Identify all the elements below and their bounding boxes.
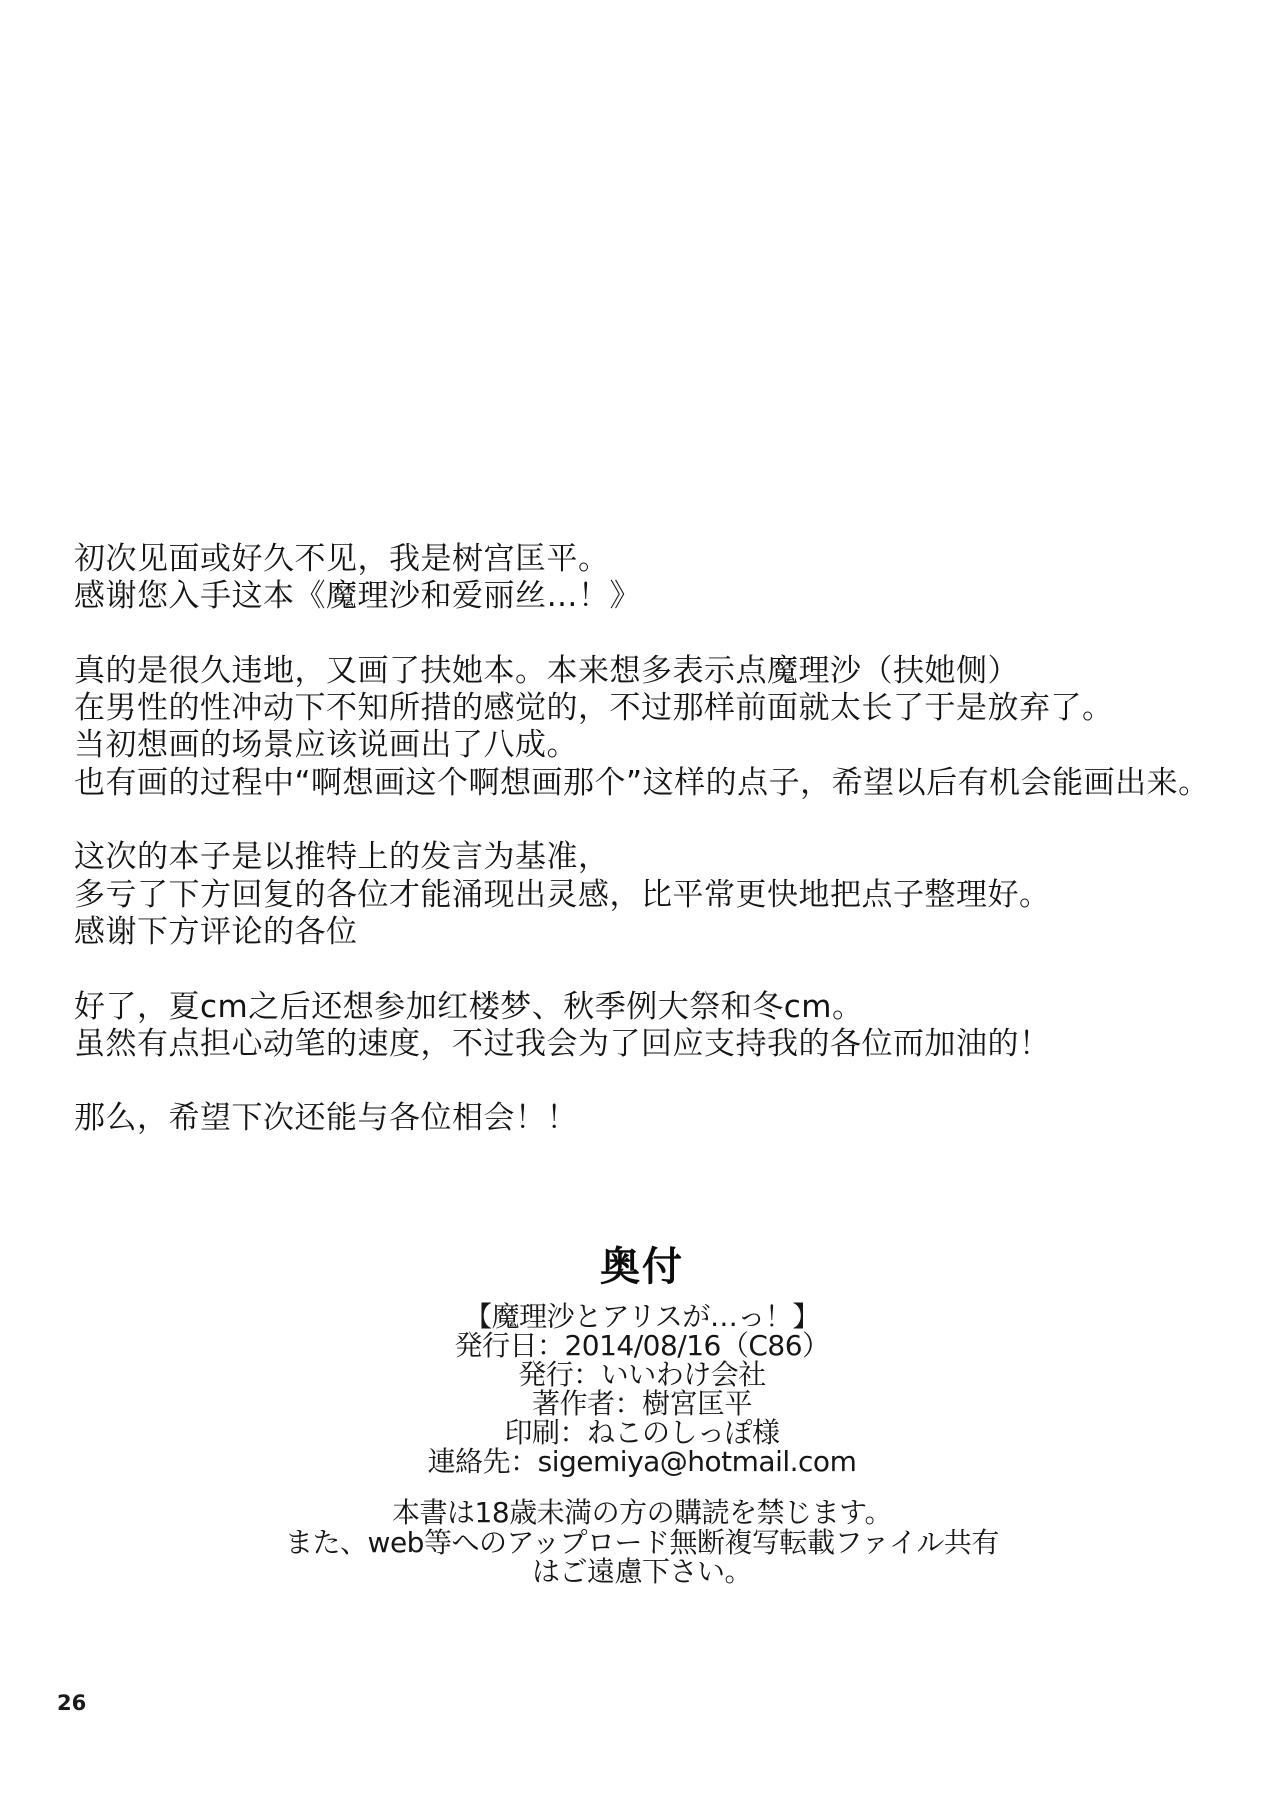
afterword-line: 当初想画的场景应该说画出了八成。 bbox=[74, 727, 1274, 764]
afterword-line: 感谢下方评论的各位 bbox=[74, 914, 1274, 951]
afterword-line: 感谢您入手这本《魔理沙和爱丽丝…！》 bbox=[74, 578, 1274, 615]
afterword-paragraph-closing: 那么，希望下次还能与各位相会！！ bbox=[74, 1100, 1274, 1137]
colophon-book-title: 【魔理沙とアリスが…っ！】 bbox=[0, 1302, 1280, 1331]
afterword-line: 在男性的性冲动下不知所措的感觉的，不过那样前面就太长了于是放弃了。 bbox=[74, 690, 1274, 727]
afterword-paragraph-story: 真的是很久违地，又画了扶她本。本来想多表示点魔理沙（扶她侧） 在男性的性冲动下不… bbox=[74, 653, 1274, 802]
page-number: 26 bbox=[57, 1690, 86, 1716]
afterword-line: 真的是很久违地，又画了扶她本。本来想多表示点魔理沙（扶她侧） bbox=[74, 653, 1274, 690]
afterword-line: 好了，夏cm之后还想参加红楼梦、秋季例大祭和冬cm。 bbox=[74, 989, 1274, 1026]
colophon-info: 【魔理沙とアリスが…っ！】 発行日：2014/08/16（C86） 発行：いいわ… bbox=[0, 1302, 1280, 1476]
afterword-paragraph-plans: 好了，夏cm之后还想参加红楼梦、秋季例大祭和冬cm。 虽然有点担心动笔的速度，不… bbox=[74, 989, 1274, 1064]
notice-line: はご遠慮下さい。 bbox=[0, 1557, 1280, 1587]
afterword-line: 多亏了下方回复的各位才能涌现出灵感，比平常更快地把点子整理好。 bbox=[74, 877, 1274, 914]
afterword-line: 虽然有点担心动笔的速度，不过我会为了回应支持我的各位而加油的！ bbox=[74, 1026, 1274, 1063]
notice-line: 本書は18歳未満の方の購読を禁じます。 bbox=[0, 1498, 1280, 1528]
afterword-line: 这次的本子是以推特上的发言为基准， bbox=[74, 839, 1274, 876]
colophon-author: 著作者：樹宮匡平 bbox=[0, 1389, 1280, 1418]
afterword-line: 初次见面或好久不见，我是树宫匡平。 bbox=[74, 541, 1274, 578]
afterword-line: 也有画的过程中“啊想画这个啊想画那个”这样的点子，希望以后有机会能画出来。 bbox=[74, 765, 1274, 802]
colophon-printer: 印刷：ねこのしっぽ様 bbox=[0, 1418, 1280, 1447]
afterword-text: 初次见面或好久不见，我是树宫匡平。 感谢您入手这本《魔理沙和爱丽丝…！》 真的是… bbox=[74, 541, 1274, 1175]
colophon-publisher: 発行：いいわけ会社 bbox=[0, 1360, 1280, 1389]
afterword-paragraph-thanks: 这次的本子是以推特上的发言为基准， 多亏了下方回复的各位才能涌现出灵感，比平常更… bbox=[74, 839, 1274, 951]
afterword-paragraph-greeting: 初次见面或好久不见，我是树宫匡平。 感谢您入手这本《魔理沙和爱丽丝…！》 bbox=[74, 541, 1274, 616]
colophon-title: 奥付 bbox=[0, 1240, 1280, 1302]
afterword-line: 那么，希望下次还能与各位相会！！ bbox=[74, 1100, 1274, 1137]
notice-line: また、web等へのアップロード無断複写転載ファイル共有 bbox=[0, 1528, 1280, 1558]
colophon-contact: 連絡先：sigemiya@hotmail.com bbox=[0, 1447, 1280, 1476]
age-restriction-notice: 本書は18歳未満の方の購読を禁じます。 また、web等へのアップロード無断複写転… bbox=[0, 1498, 1280, 1587]
colophon-publish-date: 発行日：2014/08/16（C86） bbox=[0, 1331, 1280, 1360]
manga-afterword-page: 初次见面或好久不见，我是树宫匡平。 感谢您入手这本《魔理沙和爱丽丝…！》 真的是… bbox=[0, 0, 1280, 1818]
colophon: 奥付 【魔理沙とアリスが…っ！】 発行日：2014/08/16（C86） 発行：… bbox=[0, 1240, 1280, 1587]
